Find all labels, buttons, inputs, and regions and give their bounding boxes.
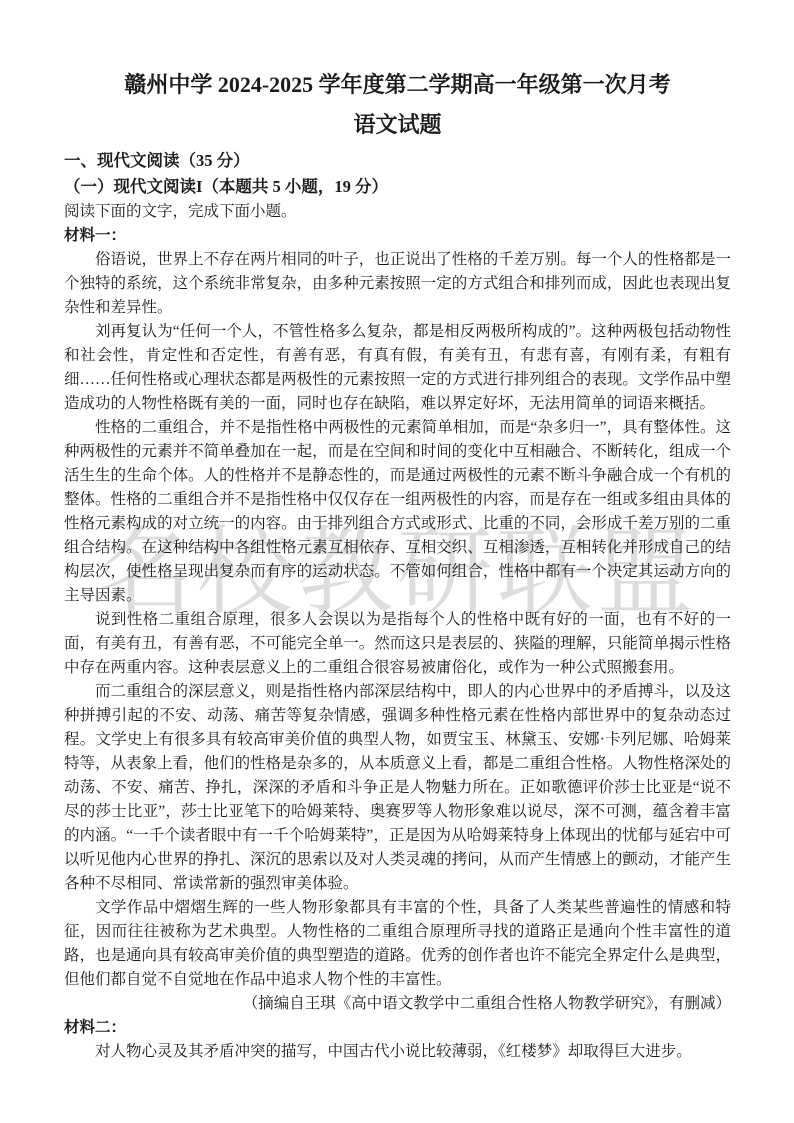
material-one-paragraph: 刘再复认为“任何一个人，不管性格多么复杂，都是相反两极所构成的”。这种两极包括动… [64,320,731,416]
material-one-paragraph: 而二重组合的深层意义，则是指性格内部深层结构中，即人的内心世界中的矛盾搏斗，以及… [64,680,731,896]
material-one-paragraph: 俗语说，世界上不存在两片相同的叶子，也正说出了性格的千差万别。每一个人的性格都是… [64,248,731,320]
page-content: 赣州中学 2024-2025 学年度第二学期高一年级第一次月考 语文试题 一、现… [0,0,794,1064]
exam-title: 赣州中学 2024-2025 学年度第二学期高一年级第一次月考 [64,70,731,100]
material-two-paragraph: 对人物心灵及其矛盾冲突的描写，中国古代小说比较薄弱，《红楼梦》却取得巨大进步。 [64,1040,731,1064]
material-one-paragraph: 说到性格二重组合原理，很多人会误以为是指每个人的性格中既有好的一面，也有不好的一… [64,608,731,680]
material-one-attribution: （摘编自王琪《高中语文教学中二重组合性格人物教学研究》，有删减） [64,992,731,1016]
reading-instruction: 阅读下面的文字，完成下面小题。 [64,200,731,224]
material-one-paragraph: 性格的二重组合，并不是指性格中两极性的元素简单相加，而是“杂多归一”，具有整体性… [64,416,731,608]
exam-subject-subtitle: 语文试题 [64,110,731,140]
material-two-label: 材料二： [64,1016,731,1040]
section-heading-modern-text-reading: 一、现代文阅读（35 分） [64,148,731,174]
exam-paper-page: { "document": { "title": "赣州中学 2024-2025… [0,0,794,1123]
material-one-paragraph: 文学作品中熠熠生辉的一些人物形象都具有丰富的个性，具备了人类某些普遍性的情感和特… [64,896,731,992]
subsection-heading-reading-one: （一）现代文阅读I（本题共 5 小题，19 分） [64,174,731,200]
material-one-label: 材料一： [64,224,731,248]
